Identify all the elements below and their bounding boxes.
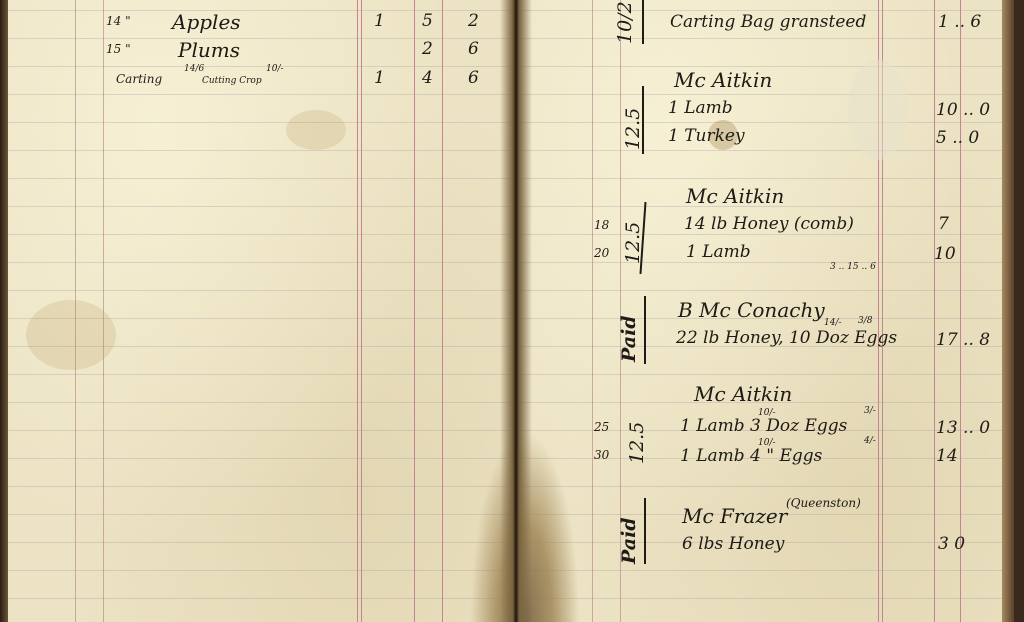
page-edge (0, 0, 8, 622)
entry-shillings: 2 (422, 39, 433, 59)
customer-heading: Mc Aitkin (694, 382, 792, 406)
line-amount: 17 .. 8 (936, 330, 990, 350)
line-description: 6 lbs Honey (682, 534, 784, 554)
entry-description: Apples (172, 10, 241, 34)
ruled-line (6, 94, 512, 95)
line-note: 4/- (864, 436, 876, 446)
line-description: 1 Lamb (668, 98, 733, 118)
margin-mark: 12.5 (626, 422, 648, 464)
entry-description: Carting (116, 72, 162, 86)
entry-description: Plums (178, 38, 240, 62)
customer-heading: B Mc Conachy (678, 298, 825, 322)
margin-bracket (642, 86, 644, 154)
customer-heading: Mc Aitkin (686, 184, 784, 208)
money-column-rule (414, 0, 415, 622)
line-description: 14 lb Honey (comb) (684, 214, 854, 234)
line-amount: 14 (936, 446, 958, 466)
line-day: 30 (594, 448, 609, 462)
money-column-rule (442, 0, 443, 622)
margin-bracket (644, 498, 646, 564)
ruled-line (6, 150, 512, 151)
ruled-line (6, 234, 512, 235)
line-description: 1 Turkey (668, 126, 745, 146)
margin-mark: 10/2 (614, 1, 636, 44)
ruled-line (6, 514, 512, 515)
entry-description-2: Cutting Crop (202, 76, 262, 86)
subtotal-note: 3 .. 15 .. 6 (830, 262, 876, 272)
money-column-rule (960, 0, 961, 622)
customer-heading: Mc Aitkin (674, 68, 772, 92)
ruled-line (6, 122, 512, 123)
ruled-line (6, 374, 512, 375)
ledger-spread: 14 " Apples 1 5 2 15 " Plums 2 6 Carting… (0, 0, 1024, 622)
ruled-line (6, 430, 512, 431)
line-note: 3/8 (858, 316, 872, 326)
entry-date: 15 " (106, 42, 131, 56)
ruled-line (6, 542, 512, 543)
ruled-line (6, 290, 512, 291)
entry-note: 14/6 (184, 64, 204, 74)
line-amount: 3 0 (938, 534, 965, 554)
entry-shillings: 5 (422, 11, 433, 31)
paper-stain (848, 60, 908, 160)
heading-note: (Queenston) (786, 496, 861, 510)
book-gutter (500, 0, 532, 622)
ruled-line (6, 38, 512, 39)
left-page: 14 " Apples 1 5 2 15 " Plums 2 6 Carting… (6, 0, 512, 622)
line-day: 18 (594, 218, 609, 232)
line-description: Carting Bag gransteed (670, 12, 866, 32)
line-amount: 1 .. 6 (938, 12, 981, 32)
line-day: 20 (594, 246, 609, 260)
entry-pence: 6 (468, 68, 479, 88)
right-page: 10/2 Carting Bag gransteed 1 .. 6 Mc Ait… (518, 0, 1014, 622)
line-amount: 13 .. 0 (936, 418, 990, 438)
line-description: 1 Lamb (686, 242, 751, 262)
line-amount: 10 .. 0 (936, 100, 990, 120)
money-column-rule (357, 0, 358, 622)
entry-note: 10/- (266, 64, 284, 74)
paid-mark: Paid (618, 517, 640, 564)
money-column-rule (361, 0, 362, 622)
customer-heading: Mc Frazer (682, 504, 787, 528)
ruled-line (6, 598, 512, 599)
margin-bracket (644, 296, 646, 364)
ruled-line (6, 402, 512, 403)
ruled-line (6, 570, 512, 571)
ruled-line (6, 206, 512, 207)
ruled-line (6, 178, 512, 179)
paid-mark: Paid (618, 315, 640, 362)
paper-stain (26, 300, 116, 370)
line-note: 14/- (824, 318, 842, 328)
ruled-line (6, 458, 512, 459)
entry-pounds: 1 (374, 68, 385, 88)
margin-rule (592, 0, 593, 622)
line-note: 3/- (864, 406, 876, 416)
entry-pounds: 1 (374, 11, 385, 31)
ruled-line (6, 486, 512, 487)
ruled-line (6, 10, 512, 11)
line-amount: 10 (934, 244, 956, 264)
paper-stain (286, 110, 346, 150)
entry-pence: 2 (468, 11, 479, 31)
line-description: 1 Lamb 4 " Eggs (680, 446, 822, 466)
line-day: 25 (594, 420, 609, 434)
money-column-rule (934, 0, 935, 622)
margin-bracket (642, 0, 644, 44)
entry-shillings: 4 (422, 68, 433, 88)
line-description: 22 lb Honey, 10 Doz Eggs (676, 328, 897, 348)
line-description: 1 Lamb 3 Doz Eggs (680, 416, 847, 436)
ruled-line (6, 262, 512, 263)
margin-mark: 12.5 (622, 108, 644, 150)
entry-date: 14 " (106, 14, 131, 28)
page-edge (1002, 0, 1014, 622)
ruled-line (6, 66, 512, 67)
entry-pence: 6 (468, 39, 479, 59)
line-amount: 7 (938, 214, 949, 234)
line-amount: 5 .. 0 (936, 128, 979, 148)
